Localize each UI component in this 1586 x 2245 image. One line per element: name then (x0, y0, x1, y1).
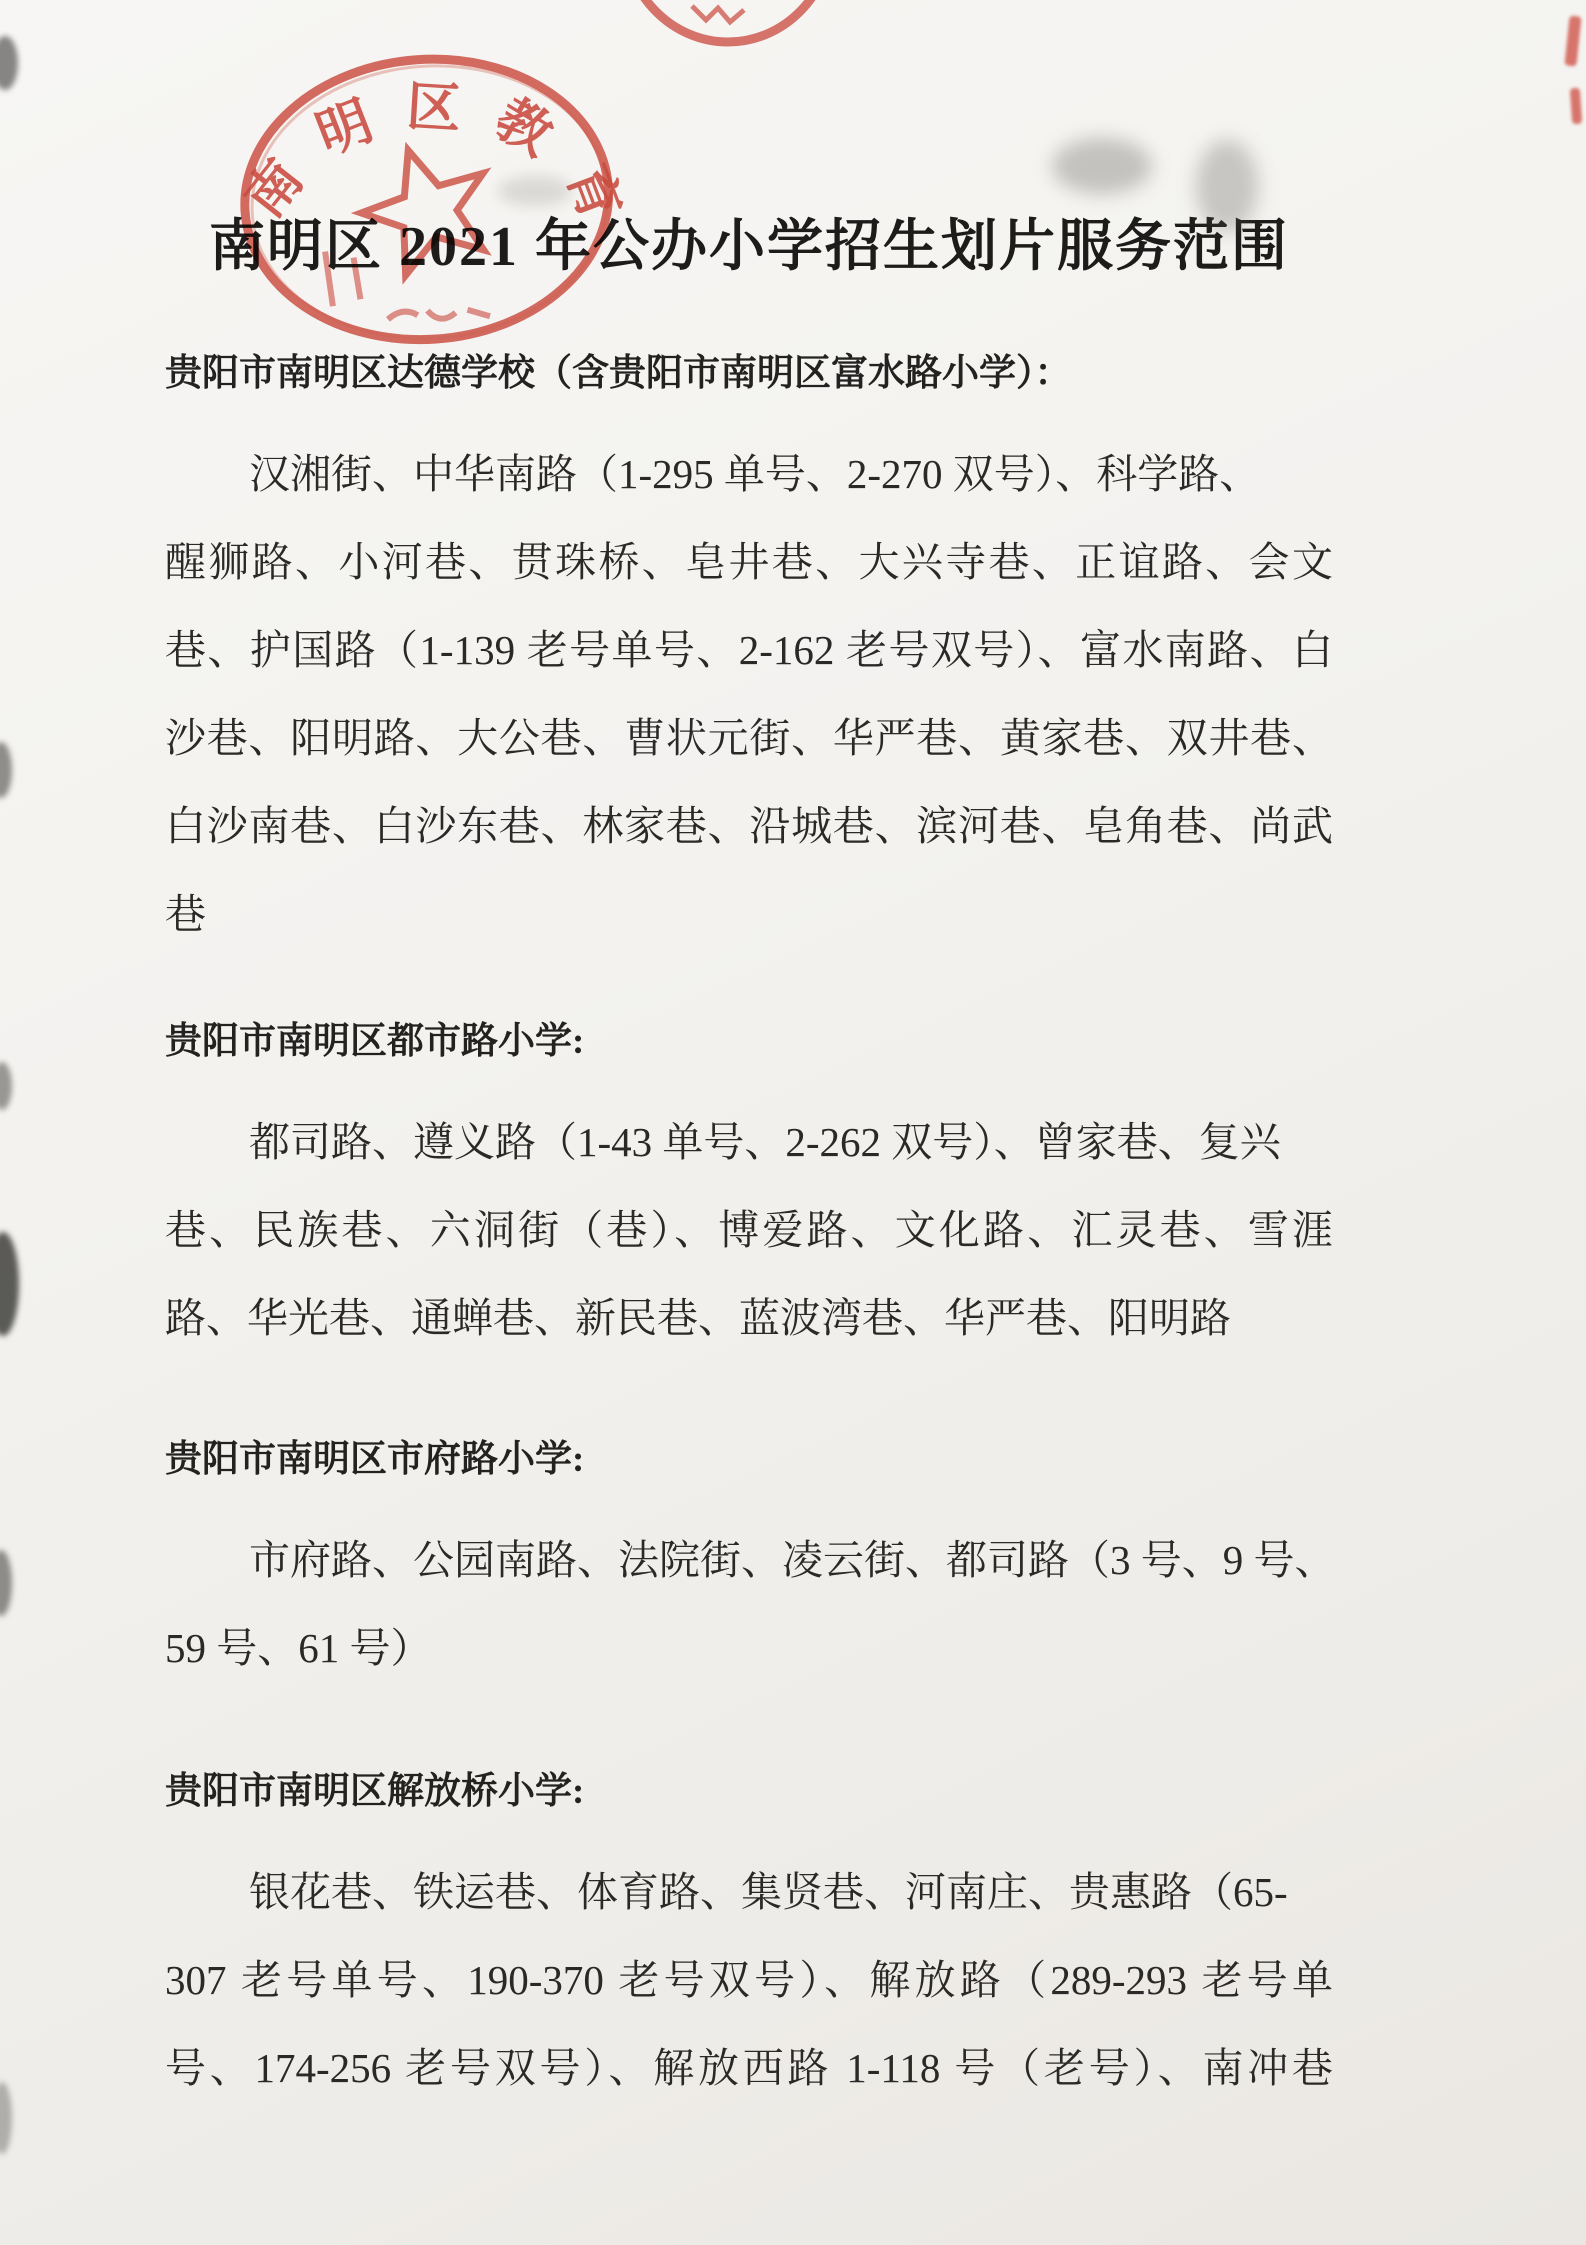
scan-edge-artifact (0, 1550, 12, 1616)
school-name: 贵阳市南明区达德学校（含贵阳市南明区富水路小学）： (165, 346, 1333, 402)
service-area-text: 银花巷、铁运巷、体育路、集贤巷、河南庄、贵惠路（65- 307 老号单号、190… (165, 1848, 1333, 2112)
scan-edge-artifact (0, 1232, 19, 1336)
scan-edge-artifact (0, 36, 18, 90)
body-line: 巷 (165, 870, 1333, 958)
school-name: 贵阳市南明区解放桥小学: (165, 1764, 1333, 1820)
body-line: 号、174-256 老号双号）、解放西路 1-118 号（老号）、南冲巷 (165, 2024, 1333, 2112)
red-ink-mark (1570, 88, 1582, 125)
scan-edge-artifact (0, 1062, 12, 1110)
service-area-text: 都司路、遵义路（1-43 单号、2-262 双号）、曾家巷、复兴 巷、民族巷、六… (165, 1098, 1333, 1362)
service-area-text: 汉湘街、中华南路（1-295 单号、2-270 双号）、科学路、 醒狮路、小河巷… (165, 430, 1333, 958)
body-line: 醒狮路、小河巷、贯珠桥、皂井巷、大兴寺巷、正谊路、会文 (165, 518, 1333, 606)
school-name: 贵阳市南明区市府路小学: (165, 1432, 1333, 1488)
scan-edge-artifact (0, 742, 12, 798)
body-line: 汉湘街、中华南路（1-295 单号、2-270 双号）、科学路、 (165, 430, 1333, 518)
body-line: 市府路、公园南路、法院街、凌云街、都司路（3 号、9 号、 (165, 1516, 1333, 1604)
body-line: 巷、民族巷、六洞街（巷）、博爱路、文化路、汇灵巷、雪涯 (165, 1186, 1333, 1274)
body-line: 307 老号单号、190-370 老号双号）、解放路（289-293 老号单 (165, 1936, 1333, 2024)
body-line: 59 号、61 号） (165, 1604, 1333, 1692)
section-shifulu-school: 贵阳市南明区市府路小学: 市府路、公园南路、法院街、凌云街、都司路（3 号、9 … (165, 1432, 1333, 1692)
red-ink-mark (1564, 16, 1581, 67)
section-dade-school: 贵阳市南明区达德学校（含贵阳市南明区富水路小学）： 汉湘街、中华南路（1-295… (165, 346, 1333, 958)
service-area-text: 市府路、公园南路、法院街、凌云街、都司路（3 号、9 号、 59 号、61 号） (165, 1516, 1333, 1692)
section-dushilu-school: 贵阳市南明区都市路小学: 都司路、遵义路（1-43 单号、2-262 双号）、曾… (165, 1014, 1333, 1362)
body-line: 都司路、遵义路（1-43 单号、2-262 双号）、曾家巷、复兴 (165, 1098, 1333, 1186)
document-content: 南明区 2021 年公办小学招生划片服务范围 贵阳市南明区达德学校（含贵阳市南明… (165, 0, 1333, 2112)
body-line: 路、华光巷、通蝉巷、新民巷、蓝波湾巷、华严巷、阳明路 (165, 1274, 1333, 1362)
body-line: 沙巷、阳明路、大公巷、曹状元街、华严巷、黄家巷、双井巷、 (165, 694, 1333, 782)
school-name: 贵阳市南明区都市路小学: (165, 1014, 1333, 1070)
section-jiefangqiao-school: 贵阳市南明区解放桥小学: 银花巷、铁运巷、体育路、集贤巷、河南庄、贵惠路（65-… (165, 1764, 1333, 2112)
scan-edge-artifact (0, 2082, 12, 2154)
body-line: 白沙南巷、白沙东巷、林家巷、沿城巷、滨河巷、皂角巷、尚武 (165, 782, 1333, 870)
body-line: 巷、护国路（1-139 老号单号、2-162 老号双号）、富水南路、白 (165, 606, 1333, 694)
scanned-document-page: 南明区 2021 年公办小学招生划片服务范围 贵阳市南明区达德学校（含贵阳市南明… (0, 0, 1586, 2245)
body-line: 银花巷、铁运巷、体育路、集贤巷、河南庄、贵惠路（65- (165, 1848, 1333, 1936)
page-title: 南明区 2021 年公办小学招生划片服务范围 (165, 212, 1333, 282)
